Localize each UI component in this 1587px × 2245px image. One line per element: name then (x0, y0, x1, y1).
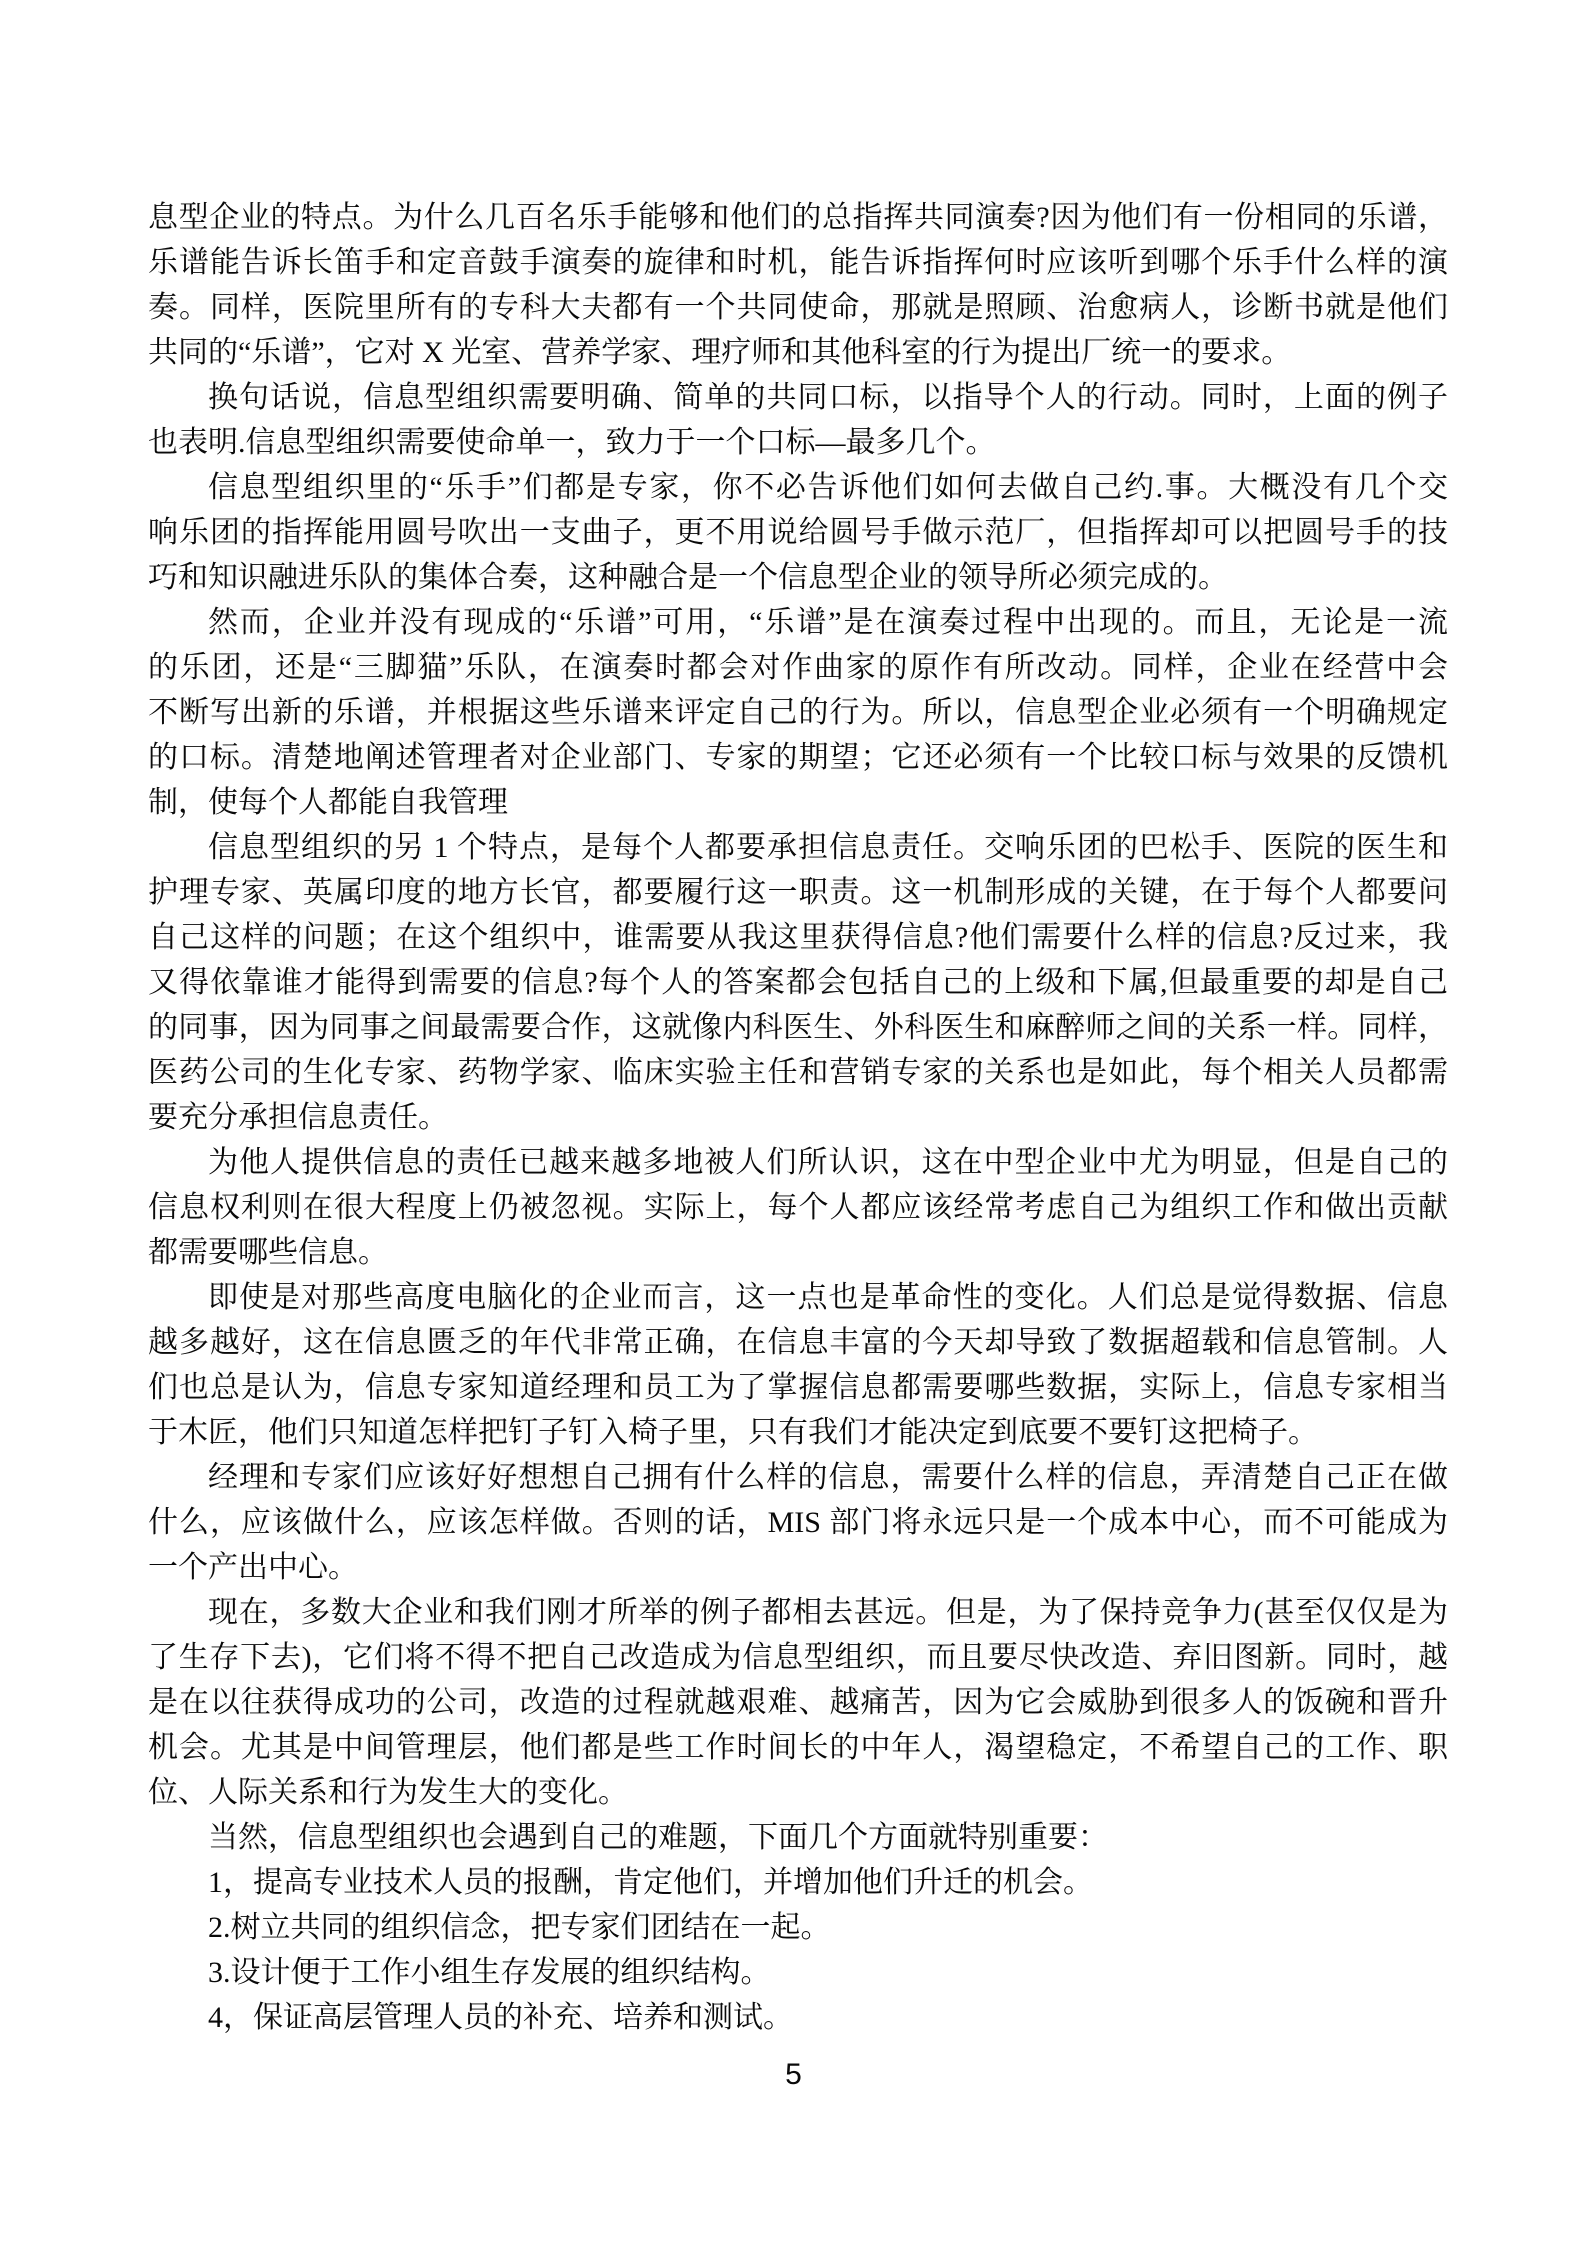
text-line: 们也总是认为，信息专家知道经理和员工为了掌握信息都需要哪些数据，实际上，信息专家… (148, 1365, 1448, 1410)
text-line: 4，保证高层管理人员的补充、培养和测试。 (148, 1995, 1448, 2040)
paragraph: 信息型组织里的“乐手”们都是专家，你不必告诉他们如何去做自己约.事。大概没有几个… (148, 465, 1448, 600)
text-line: 的口标。清楚地阐述管理者对企业部门、专家的期望；它还必须有一个比较口标与效果的反… (148, 735, 1448, 780)
text-line: 机会。尤其是中间管理层，他们都是些工作时间长的中年人，渴望稳定，不希望自己的工作… (148, 1725, 1448, 1770)
text-line: 1，提高专业技术人员的报酬，肯定他们，并增加他们升迁的机会。 (148, 1860, 1448, 1905)
text-line: 经理和专家们应该好好想想自己拥有什么样的信息，需要什么样的信息，弄清楚自己正在做 (148, 1455, 1448, 1500)
text-line: 又得依靠谁才能得到需要的信息?每个人的答案都会包括自己的上级和下属,但最重要的却… (148, 960, 1448, 1005)
paragraph: 经理和专家们应该好好想想自己拥有什么样的信息，需要什么样的信息，弄清楚自己正在做… (148, 1455, 1448, 1590)
text-line: 是在以往获得成功的公司，改造的过程就越艰难、越痛苦，因为它会威胁到很多人的饭碗和… (148, 1680, 1448, 1725)
text-line: 共同的“乐谱”，它对 X 光室、营养学家、理疗师和其他科室的行为提出厂统一的要求… (148, 330, 1448, 375)
paragraph: 当然，信息型组织也会遇到自己的难题，下面几个方面就特别重要： (148, 1815, 1448, 1860)
text-line: 护理专家、英属印度的地方长官，都要履行这一职责。这一机制形成的关键，在于每个人都… (148, 870, 1448, 915)
paragraph: 现在，多数大企业和我们刚才所举的例子都相去甚远。但是，为了保持竞争力(甚至仅仅是… (148, 1590, 1448, 1815)
paragraph: 4，保证高层管理人员的补充、培养和测试。 (148, 1995, 1448, 2040)
text-line: 要充分承担信息责任。 (148, 1095, 1448, 1140)
page-number: 5 (0, 2052, 1587, 2097)
text-line: 2.树立共同的组织信念，把专家们团结在一起。 (148, 1905, 1448, 1950)
text-line: 都需要哪些信息。 (148, 1230, 1448, 1275)
document-page: 息型企业的特点。为什么几百名乐手能够和他们的总指挥共同演奏?因为他们有一份相同的… (0, 0, 1587, 2245)
text-line: 制，使每个人都能自我管理 (148, 780, 1448, 825)
paragraph: 信息型组织的另 1 个特点，是每个人都要承担信息责任。交响乐团的巴松手、医院的医… (148, 825, 1448, 1140)
text-line: 的乐团，还是“三脚猫”乐队，在演奏时都会对作曲家的原作有所改动。同样，企业在经营… (148, 645, 1448, 690)
paragraph: 3.设计便于工作小组生存发展的组织结构。 (148, 1950, 1448, 1995)
text-line: 信息型组织里的“乐手”们都是专家，你不必告诉他们如何去做自己约.事。大概没有几个… (148, 465, 1448, 510)
paragraph: 2.树立共同的组织信念，把专家们团结在一起。 (148, 1905, 1448, 1950)
text-line: 什么，应该做什么，应该怎样做。否则的话，MIS 部门将永远只是一个成本中心，而不… (148, 1500, 1448, 1545)
text-line: 现在，多数大企业和我们刚才所举的例子都相去甚远。但是，为了保持竞争力(甚至仅仅是… (148, 1590, 1448, 1635)
paragraph: 为他人提供信息的责任已越来越多地被人们所认识，这在中型企业中尤为明显，但是自己的… (148, 1140, 1448, 1275)
text-line: 奏。同样，医院里所有的专科大夫都有一个共同使命，那就是照顾、治愈病人，诊断书就是… (148, 285, 1448, 330)
text-line: 乐谱能告诉长笛手和定音鼓手演奏的旋律和时机，能告诉指挥何时应该听到哪个乐手什么样… (148, 240, 1448, 285)
text-line: 于木匠，他们只知道怎样把钉子钉入椅子里，只有我们才能决定到底要不要钉这把椅子。 (148, 1410, 1448, 1455)
paragraph: 然而，企业并没有现成的“乐谱”可用，“乐谱”是在演奏过程中出现的。而且，无论是一… (148, 600, 1448, 825)
text-line: 然而，企业并没有现成的“乐谱”可用，“乐谱”是在演奏过程中出现的。而且，无论是一… (148, 600, 1448, 645)
paragraph: 换句话说，信息型组织需要明确、简单的共同口标，以指导个人的行动。同时，上面的例子… (148, 375, 1448, 465)
text-line: 巧和知识融进乐队的集体合奏，这种融合是一个信息型企业的领导所必须完成的。 (148, 555, 1448, 600)
paragraph: 1，提高专业技术人员的报酬，肯定他们，并增加他们升迁的机会。 (148, 1860, 1448, 1905)
text-line: 响乐团的指挥能用圆号吹出一支曲子，更不用说给圆号手做示范厂，但指挥却可以把圆号手… (148, 510, 1448, 555)
text-line: 信息权利则在很大程度上仍被忽视。实际上，每个人都应该经常考虑自己为组织工作和做出… (148, 1185, 1448, 1230)
text-block: 息型企业的特点。为什么几百名乐手能够和他们的总指挥共同演奏?因为他们有一份相同的… (148, 195, 1448, 2040)
text-line: 为他人提供信息的责任已越来越多地被人们所认识，这在中型企业中尤为明显，但是自己的 (148, 1140, 1448, 1185)
text-line: 了生存下去)，它们将不得不把自己改造成为信息型组织，而且要尽快改造、弃旧图新。同… (148, 1635, 1448, 1680)
text-line: 3.设计便于工作小组生存发展的组织结构。 (148, 1950, 1448, 1995)
text-line: 即使是对那些高度电脑化的企业而言，这一点也是革命性的变化。人们总是觉得数据、信息 (148, 1275, 1448, 1320)
text-line: 位、人际关系和行为发生大的变化。 (148, 1770, 1448, 1815)
text-line: 越多越好，这在信息匮乏的年代非常正确，在信息丰富的今天却导致了数据超载和信息管制… (148, 1320, 1448, 1365)
text-line: 一个产出中心。 (148, 1545, 1448, 1590)
text-line: 的同事，因为同事之间最需要合作，这就像内科医生、外科医生和麻醉师之间的关系一样。… (148, 1005, 1448, 1050)
text-line: 信息型组织的另 1 个特点，是每个人都要承担信息责任。交响乐团的巴松手、医院的医… (148, 825, 1448, 870)
text-line: 当然，信息型组织也会遇到自己的难题，下面几个方面就特别重要： (148, 1815, 1448, 1860)
text-line: 医药公司的生化专家、药物学家、临床实验主任和营销专家的关系也是如此，每个相关人员… (148, 1050, 1448, 1095)
text-line: 换句话说，信息型组织需要明确、简单的共同口标，以指导个人的行动。同时，上面的例子 (148, 375, 1448, 420)
paragraph: 即使是对那些高度电脑化的企业而言，这一点也是革命性的变化。人们总是觉得数据、信息… (148, 1275, 1448, 1455)
text-line: 自己这样的问题；在这个组织中，谁需要从我这里获得信息?他们需要什么样的信息?反过… (148, 915, 1448, 960)
text-line: 不断写出新的乐谱，并根据这些乐谱来评定自己的行为。所以，信息型企业必须有一个明确… (148, 690, 1448, 735)
paragraph: 息型企业的特点。为什么几百名乐手能够和他们的总指挥共同演奏?因为他们有一份相同的… (148, 195, 1448, 375)
text-line: 息型企业的特点。为什么几百名乐手能够和他们的总指挥共同演奏?因为他们有一份相同的… (148, 195, 1448, 240)
text-line: 也表明.信息型组织需要使命单一，致力于一个口标—最多几个。 (148, 420, 1448, 465)
